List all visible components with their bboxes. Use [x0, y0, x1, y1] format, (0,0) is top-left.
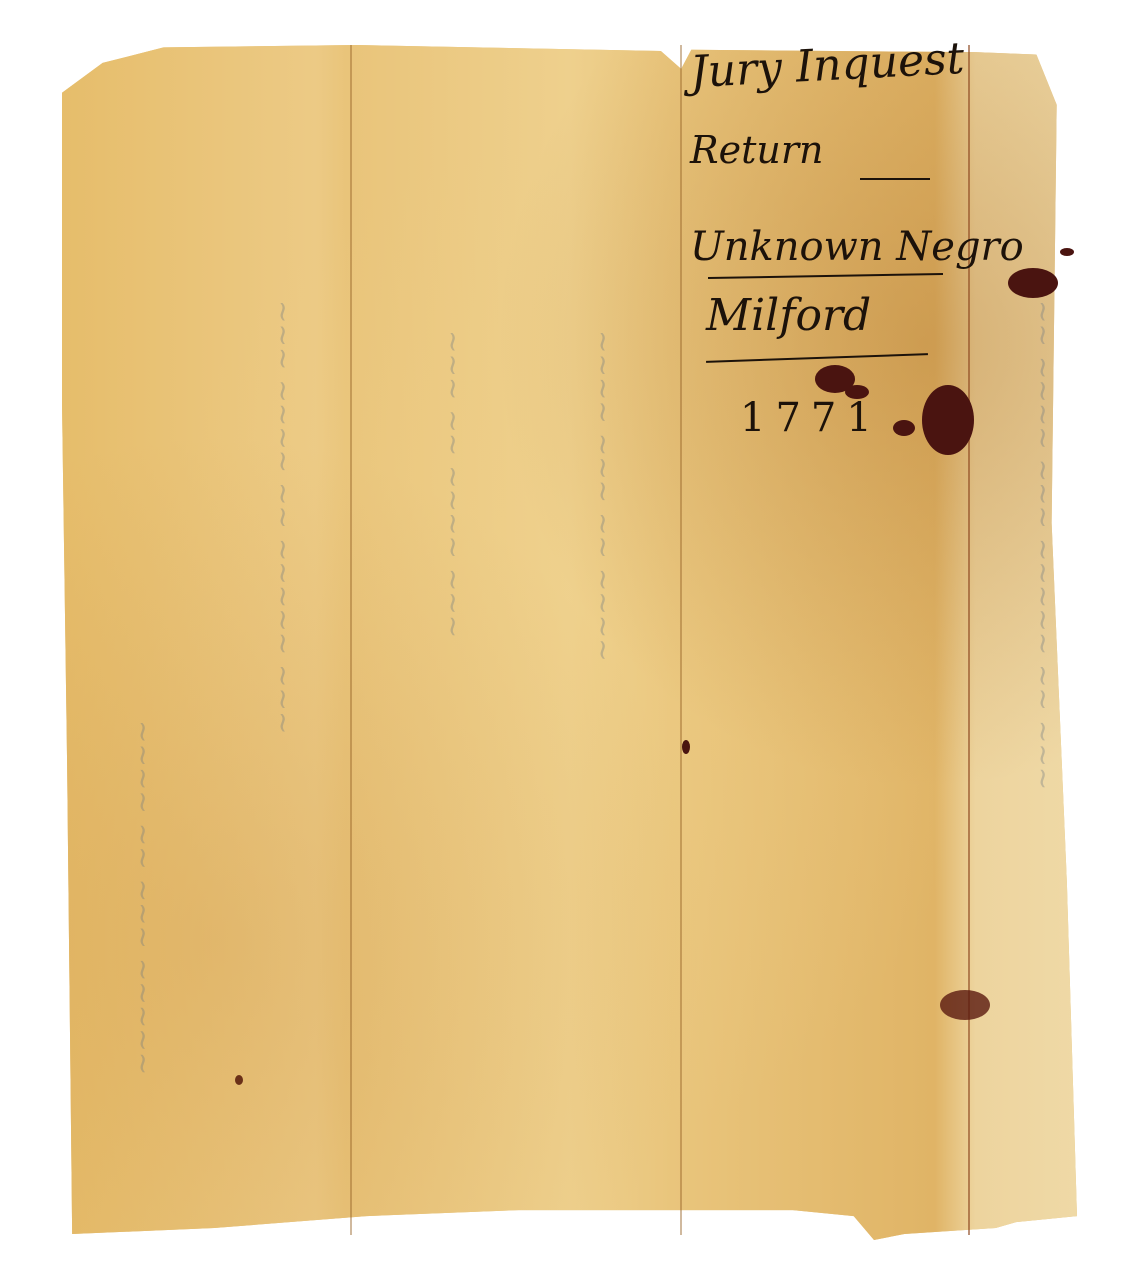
ink-speck: [682, 740, 690, 754]
ink-speck: [235, 1075, 243, 1085]
fold-line: [680, 45, 682, 1235]
ink-stain: [940, 990, 990, 1020]
flourish-rule: [860, 178, 930, 180]
document-scan: ~~~ ~~~~ ~~ ~~~~~ ~~~ ~~~ ~~ ~~~~ ~~~ ~~…: [0, 0, 1143, 1288]
docket-subject: Unknown Negro: [690, 224, 1024, 270]
ink-stain: [845, 385, 869, 399]
bleed-through-text: ~~ ~~~~ ~~~ ~~~~~ ~~ ~~~: [1027, 300, 1060, 790]
docket-place: Milford: [706, 290, 871, 341]
fold-line: [350, 45, 352, 1235]
bleed-through-text: ~~~ ~~ ~~~~ ~~~: [437, 330, 470, 638]
ink-stain: [1060, 248, 1074, 256]
ink-stain: [893, 420, 915, 436]
ink-stain: [922, 385, 974, 455]
docket-heading-line2: Return: [690, 128, 823, 172]
bleed-through-text: ~~~~ ~~ ~~~ ~~~~~: [127, 720, 160, 1075]
ink-stain: [1008, 268, 1058, 298]
docket-year: 1771: [740, 395, 882, 441]
bleed-through-text: ~~~~ ~~~ ~~ ~~~~: [587, 330, 620, 662]
bleed-through-text: ~~~ ~~~~ ~~ ~~~~~ ~~~: [267, 300, 300, 734]
